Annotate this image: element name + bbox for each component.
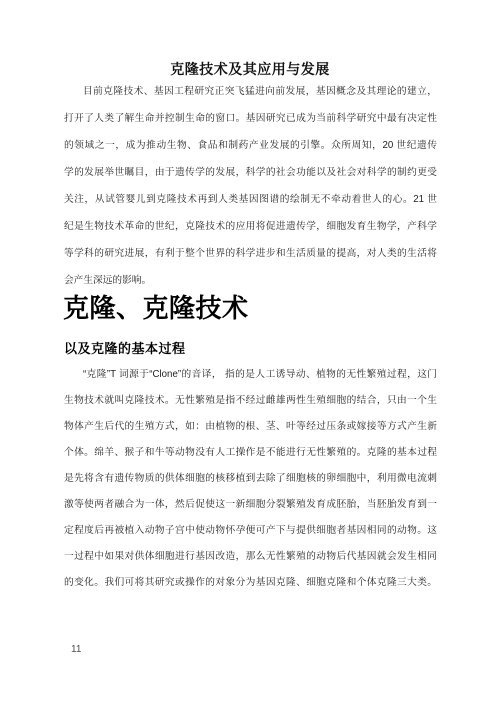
paragraph-line: 生物技术就叫克隆技术。无性繁殖是指不经过雌雄两性生殖细胞的结合，只由一个生 <box>64 388 437 414</box>
paragraph-line: 等学科的研究进展，有利于整个世界的科学进步和生活质量的提高，对人类的生活将 <box>64 240 437 267</box>
document-page: 克隆技术及其应用与发展 目前克隆技术、基因工程研究正突飞猛进向前发展，基因概念及… <box>0 0 500 707</box>
page-number: 11 <box>71 643 81 657</box>
paragraph-line: 激等使两者融合为一体，然后促使这一新细胞分裂繁殖发育成胚胎，当胚胎发育到一 <box>64 492 437 518</box>
paragraph-line: 纪是生物技术革命的世纪，克隆技术的应用将促进遗传学，细胞发育生物学，产科学 <box>64 213 437 240</box>
paragraph-line: 会产生深远的影响。 <box>64 267 437 294</box>
paragraph-line: 的领域之一，成为推动生物、食品和制药产业发展的引擎。众所周知，20 世纪遗传 <box>64 132 437 159</box>
paragraph-line: 学的发展举世瞩目，由于遗传学的发展，科学的社会功能以及社会对科学的制约更受 <box>64 159 437 186</box>
paragraph-line: 目前克隆技术、基因工程研究正突飞猛进向前发展，基因概念及其理论的建立， <box>64 78 437 105</box>
intro-paragraph: 目前克隆技术、基因工程研究正突飞猛进向前发展，基因概念及其理论的建立， 打开了人… <box>64 78 437 294</box>
section-subheading: 以及克隆的基本过程 <box>64 340 186 358</box>
paragraph-line: 是先将含有遗传物质的供体细胞的核移植到去除了细胞核的卵细胞中，利用微电流刺 <box>64 466 437 492</box>
page-title: 克隆技术及其应用与发展 <box>0 59 500 79</box>
paragraph-line: 物体产生后代的生殖方式，如：由植物的根、茎、叶等经过压条或嫁接等方式产生新 <box>64 414 437 440</box>
paragraph-line: 定程度后再被植入动物子宫中使动物怀孕便可产下与提供细胞者基因相同的动物。这 <box>64 518 437 544</box>
paragraph-line: 关注，从试管婴儿到克隆技术再到人类基因图谱的绘制无不牵动着世人的心。21 世 <box>64 186 437 213</box>
paragraph-line: 的变化。我们可将其研究或操作的对象分为基因克隆、细胞克隆和个体克隆三大类。 <box>64 570 437 596</box>
body-paragraph: “克隆”T 词源于“Clone”的音译， 指的是人工诱导动、植物的无性繁殖过程，… <box>64 362 437 596</box>
paragraph-line: 打开了人类了解生命并控制生命的窗口。基因研究已成为当前科学研究中最有决定性 <box>64 105 437 132</box>
paragraph-line: 个体。绵羊、猴子和牛等动物没有人工操作是不能进行无性繁殖的。克隆的基本过程 <box>64 440 437 466</box>
paragraph-line: “克隆”T 词源于“Clone”的音译， 指的是人工诱导动、植物的无性繁殖过程，… <box>64 362 437 388</box>
section-heading: 克隆、克隆技术 <box>63 292 249 324</box>
paragraph-line: 一过程中如果对供体细胞进行基因改造，那么无性繁殖的动物后代基因就会发生相同 <box>64 544 437 570</box>
